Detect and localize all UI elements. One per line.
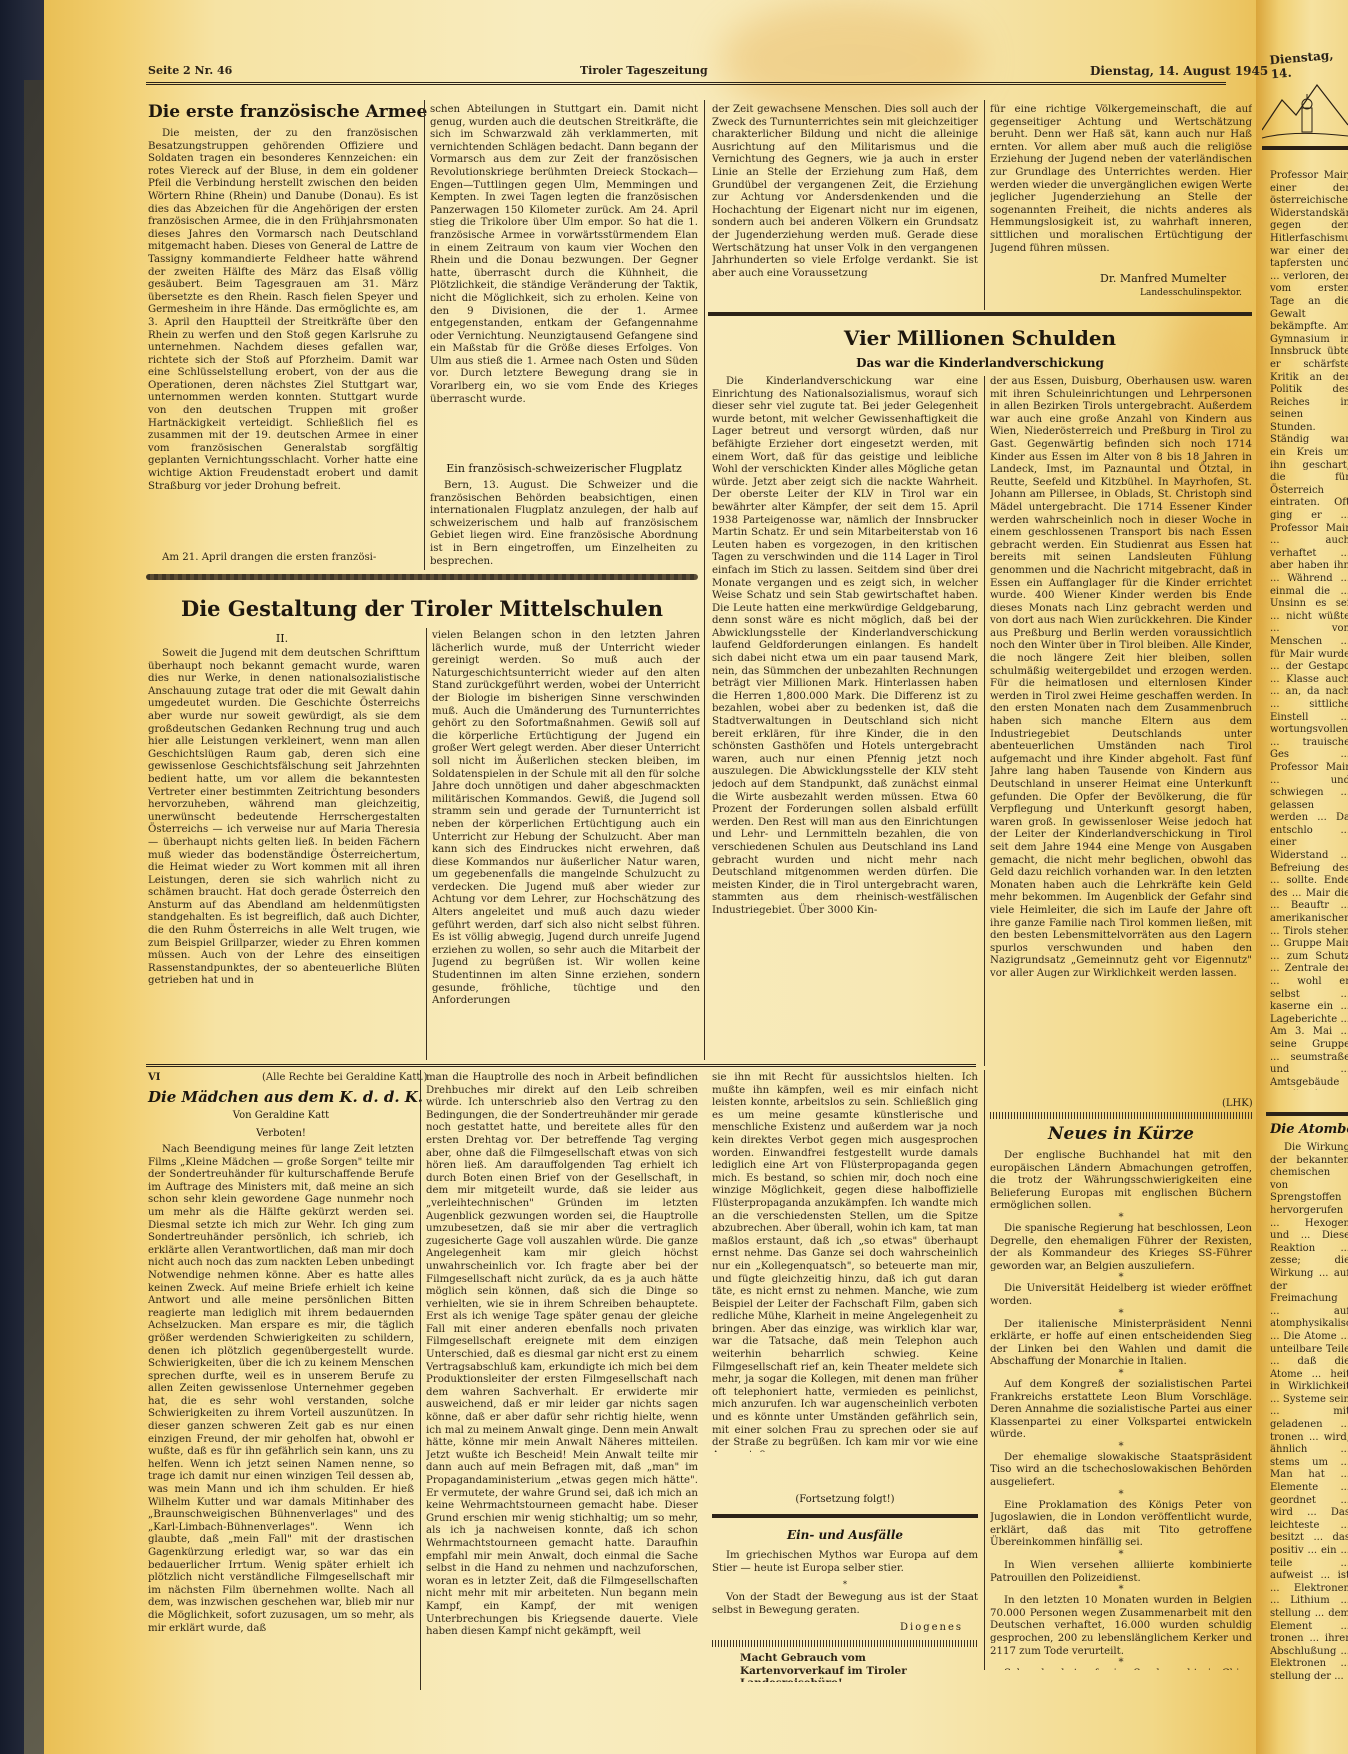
- article-title-neues: Neues in Kürze: [990, 1124, 1252, 1144]
- mittelschulen-column-2: vielen Belangen schon in den letzten Jah…: [432, 630, 700, 1058]
- neues-list: Der englische Buchhandel hat mit den eur…: [990, 1150, 1252, 1670]
- article-title-ausfaelle: Ein- und Ausfälle: [712, 1528, 978, 1542]
- separator-asterisk: *: [712, 1580, 978, 1589]
- separator-asterisk: *: [990, 1213, 1252, 1223]
- separator-asterisk: *: [990, 1309, 1252, 1319]
- mittelschulen-part: II.: [148, 632, 416, 645]
- mittelschulen-column-4: für eine richtige Völkergemeinschaft, di…: [990, 104, 1252, 264]
- ticket-advertisement: Macht Gebrauch vom Kartenvorverkauf im T…: [740, 1652, 966, 1682]
- news-item: Die spanische Regierung hat beschlossen,…: [990, 1223, 1252, 1273]
- article-title-maedchen: Die Mädchen aus dem K. d. d. K.: [148, 1088, 414, 1106]
- separator-asterisk: *: [990, 1273, 1252, 1283]
- flugplatz-text: Bern, 13. August. Die Schweizer und die …: [430, 480, 698, 568]
- maedchen-column-3: sie ihn mit Recht für aussichtslos hielt…: [712, 1072, 978, 1452]
- article-title-atombombe: Die Atombombe: [1270, 1122, 1348, 1137]
- article-title-flugplatz: Ein französisch-schweizerischer Flugplat…: [430, 462, 698, 475]
- separator-asterisk: *: [990, 1550, 1252, 1560]
- news-item: Auf dem Kongreß der sozialistischen Part…: [990, 1379, 1252, 1442]
- author-name: Dr. Manfred Mumelter: [1100, 272, 1226, 285]
- section-rule: [146, 1064, 976, 1067]
- article-title-armee: Die erste französische Armee: [148, 102, 418, 122]
- ausfaelle-signature: Diogenes: [900, 1622, 963, 1633]
- author-role: Landesschulinspektor.: [1140, 288, 1242, 298]
- chapter-title: Verboten!: [148, 1128, 414, 1139]
- header-rule: [146, 82, 1226, 85]
- separator-asterisk: *: [990, 1585, 1252, 1595]
- news-item: Der italienische Ministerpräsident Nenni…: [990, 1319, 1252, 1369]
- byline: Von Geraldine Katt: [148, 1110, 414, 1121]
- separator-asterisk: *: [990, 1658, 1252, 1668]
- section-divider-wavy: [146, 574, 698, 580]
- news-item: In Wien versehen alliierte kombinierte P…: [990, 1560, 1252, 1585]
- page-info: Seite 2 Nr. 46: [148, 64, 232, 77]
- column-divider: [984, 100, 985, 310]
- news-item: Die Universität Heidelberg ist wieder er…: [990, 1283, 1252, 1308]
- issue-date: Dienstag, 14. August 1945: [1090, 64, 1268, 78]
- armee-column-1-last: Am 21. April drangen die ersten französi…: [148, 552, 418, 566]
- binding-edge: [24, 80, 44, 1754]
- section-rule: [708, 312, 1252, 316]
- separator-asterisk: *: [990, 1490, 1252, 1500]
- mittelschulen-column-1: Soweit die Jugend mit dem deutschen Schr…: [148, 648, 420, 1058]
- schulden-column-2: der aus Essen, Duisburg, Oberhausen usw.…: [990, 376, 1252, 1076]
- column-divider: [984, 1070, 985, 1670]
- mittelschulen-column-3: der Zeit gewachsene Menschen. Dies soll …: [712, 104, 978, 310]
- separator-asterisk: *: [990, 1369, 1252, 1379]
- column-divider: [984, 376, 985, 1066]
- news-item: Schweden hat auf seine Sonderrechte in C…: [990, 1668, 1252, 1670]
- rights-notice: (Alle Rechte bei Geraldine Katt.): [262, 1072, 427, 1083]
- maedchen-column-2: man die Hauptrolle des noch in Arbeit be…: [426, 1072, 698, 1684]
- news-item: In den letzten 10 Monaten wurden in Belg…: [990, 1595, 1252, 1658]
- column-divider: [420, 1070, 421, 1690]
- next-page-column: Professor Mair, einer der österreichisch…: [1270, 170, 1348, 1090]
- ausfaelle-item-1: Im griechischen Mythos war Europa auf de…: [712, 1550, 978, 1578]
- news-item: Der englische Buchhandel hat mit den eur…: [990, 1150, 1252, 1213]
- column-divider: [704, 100, 705, 1060]
- paper-stain: [720, 0, 980, 120]
- schulden-column-1: Die Kinderlandverschickung war eine Einr…: [712, 376, 978, 1064]
- hatched-divider: [712, 1640, 978, 1647]
- masthead: Tiroler Tageszeitung: [580, 64, 708, 77]
- atombombe-column: Die Wirkung der bekannten chemischen von…: [1270, 1142, 1348, 1682]
- article-title-schulden: Vier Millionen Schulden: [708, 326, 1252, 350]
- news-item: Eine Proklamation des Königs Peter von J…: [990, 1500, 1252, 1550]
- mountain-church-illustration-icon: [1262, 70, 1348, 150]
- continued-note: (Fortsetzung folgt!): [712, 1494, 978, 1505]
- ausfaelle-item-2: Von der Stadt der Bewegung aus ist der S…: [712, 1592, 978, 1620]
- article-subtitle-schulden: Das war die Kinderlandverschickung: [708, 356, 1252, 370]
- armee-column-1: Die meisten, der zu den französischen Be…: [148, 128, 418, 548]
- column-divider: [424, 100, 425, 570]
- armee-column-2: schen Abteilungen in Stuttgart ein. Dami…: [430, 104, 698, 456]
- section-rule: [1266, 1112, 1348, 1116]
- separator-asterisk: *: [990, 1442, 1252, 1452]
- article-title-mittelschulen: Die Gestaltung der Tiroler Mittelschulen: [146, 596, 698, 621]
- section-rule: [712, 1514, 978, 1518]
- series-number: VI: [148, 1072, 160, 1083]
- schulden-source: (LHK): [1222, 1098, 1253, 1109]
- news-item: Der ehemalige slowakische Staatspräsiden…: [990, 1452, 1252, 1490]
- hatched-divider: [990, 1112, 1252, 1119]
- maedchen-column-1: Nach Beendigung meines für lange Zeit le…: [148, 1144, 414, 1684]
- column-divider: [426, 628, 427, 1060]
